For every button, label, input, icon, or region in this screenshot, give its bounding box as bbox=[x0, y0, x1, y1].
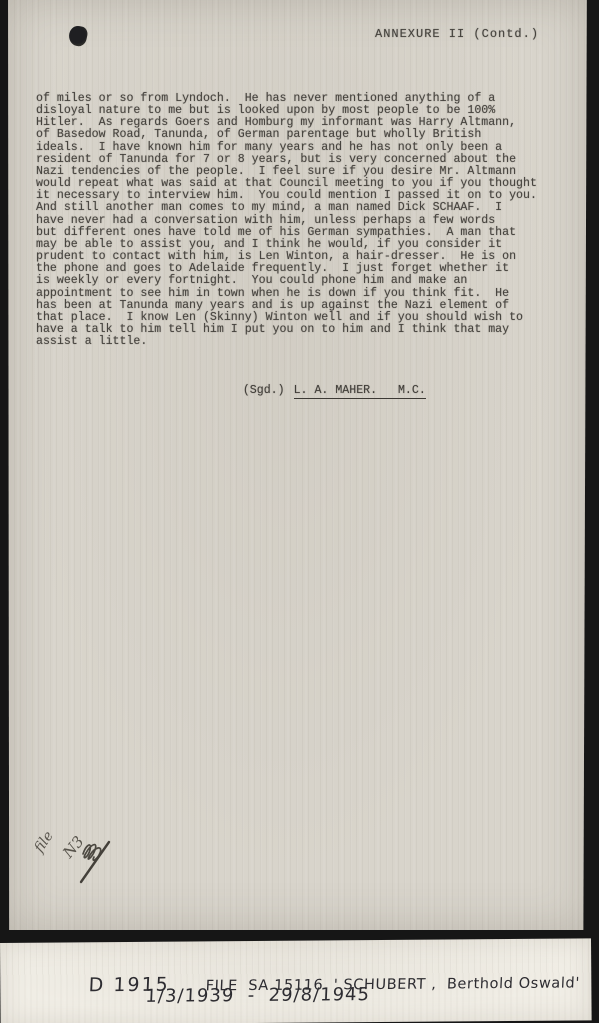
letter-line: ideals. I have known him for many years … bbox=[36, 142, 556, 154]
letter-line: And still another man comes to my mind, … bbox=[36, 202, 556, 214]
letter-line: assist a little. bbox=[36, 336, 556, 348]
signature-line: (Sgd.)L. A. MAHER. M.C. bbox=[215, 371, 426, 410]
signature-sgd: (Sgd.) bbox=[243, 384, 285, 397]
document-page: ANNEXURE II (Contd.) of miles or so from… bbox=[8, 0, 588, 930]
pencil-annotation: file N3 bbox=[35, 812, 125, 892]
signature-name: L. A. MAHER. M.C. bbox=[294, 384, 426, 399]
letter-line: appointment to see him in town when he i… bbox=[36, 288, 556, 300]
label-strip: D 1915FILE SA 15116 ' SCHUBERT , Berthol… bbox=[0, 938, 592, 1023]
strip-dates: 1/3/1939 - 29/8/1945 bbox=[145, 984, 370, 1007]
letter-body: of miles or so from Lyndoch. He has neve… bbox=[36, 93, 556, 348]
ink-blot bbox=[67, 24, 89, 47]
annexure-header: ANNEXURE II (Contd.) bbox=[375, 27, 539, 41]
letter-line: have never had a conversation with him, … bbox=[36, 215, 556, 227]
letter-line: is weekly or every fortnight. You could … bbox=[36, 275, 556, 287]
pencil-scribble-icon bbox=[35, 812, 125, 892]
letter-line: of Basedow Road, Tanunda, of German pare… bbox=[36, 129, 556, 141]
letter-line: has been at Tanunda many years and is up… bbox=[36, 300, 556, 312]
scan-background: { "letter": { "header": "ANNEXURE II (Co… bbox=[0, 0, 599, 1023]
